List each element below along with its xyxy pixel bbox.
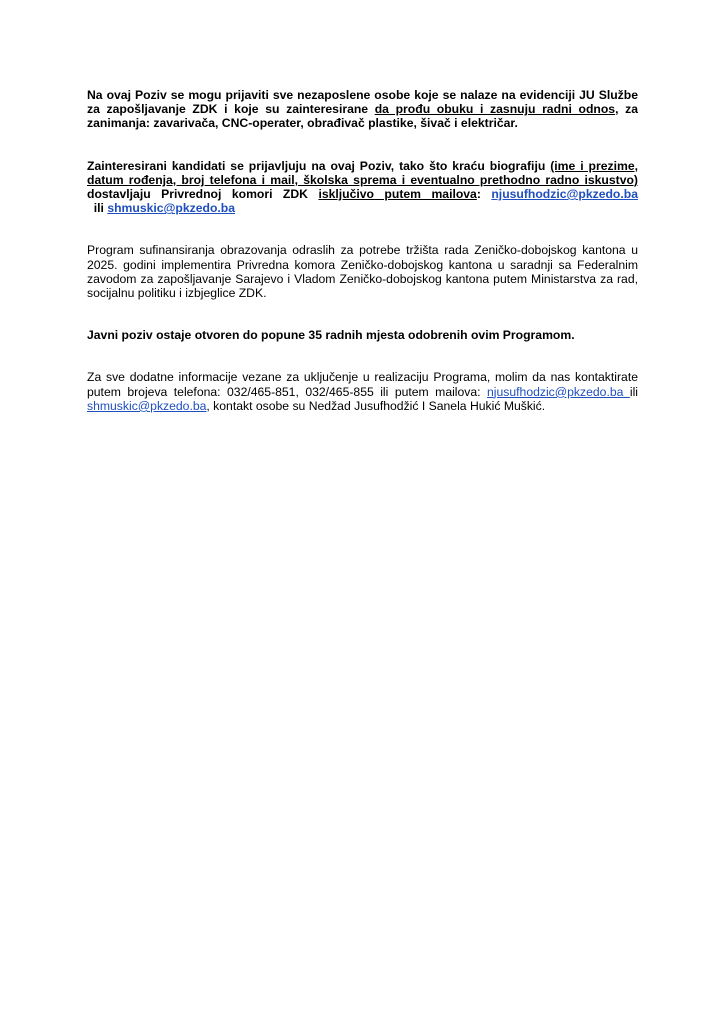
email-only-text: isključivo putem mailova — [318, 187, 476, 201]
paragraph-application: Zainteresirani kandidati se prijavljuju … — [87, 159, 638, 216]
contact-separator-text: ili — [630, 385, 638, 399]
document-page: Na ovaj Poziv se mogu prijaviti sve neza… — [87, 88, 638, 413]
paragraph-program-info: Program sufinansiranja obrazovanja odras… — [87, 243, 638, 300]
colon-text: : — [477, 187, 492, 201]
application-text: Zainteresirani kandidati se prijavljuju … — [87, 159, 550, 173]
separator-text: ili — [87, 201, 107, 215]
contact-persons-text: , kontakt osobe su Nedžad Jusufhodžić I … — [206, 399, 545, 413]
contact-email-link-njusufhodzic[interactable]: njusufhodzic@pkzedo.ba — [487, 385, 630, 399]
application-text-2: dostavljaju Privrednoj komori ZDK — [87, 187, 318, 201]
paragraph-contact: Za sve dodatne informacije vezane za ukl… — [87, 370, 638, 413]
paragraph-eligibility: Na ovaj Poziv se mogu prijaviti sve neza… — [87, 88, 638, 131]
open-call-text: Javni poziv ostaje otvoren do popune 35 … — [87, 328, 575, 342]
paragraph-open-call: Javni poziv ostaje otvoren do popune 35 … — [87, 328, 638, 342]
email-link-shmuskic[interactable]: shmuskic@pkzedo.ba — [107, 201, 235, 215]
program-info-text: Program sufinansiranja obrazovanja odras… — [87, 243, 638, 300]
contact-email-link-shmuskic[interactable]: shmuskic@pkzedo.ba — [87, 399, 206, 413]
eligibility-underlined-text: da prođu obuku i zasnuju radni odnos — [375, 102, 615, 116]
email-link-njusufhodzic[interactable]: njusufhodzic@pkzedo.ba — [491, 187, 638, 201]
